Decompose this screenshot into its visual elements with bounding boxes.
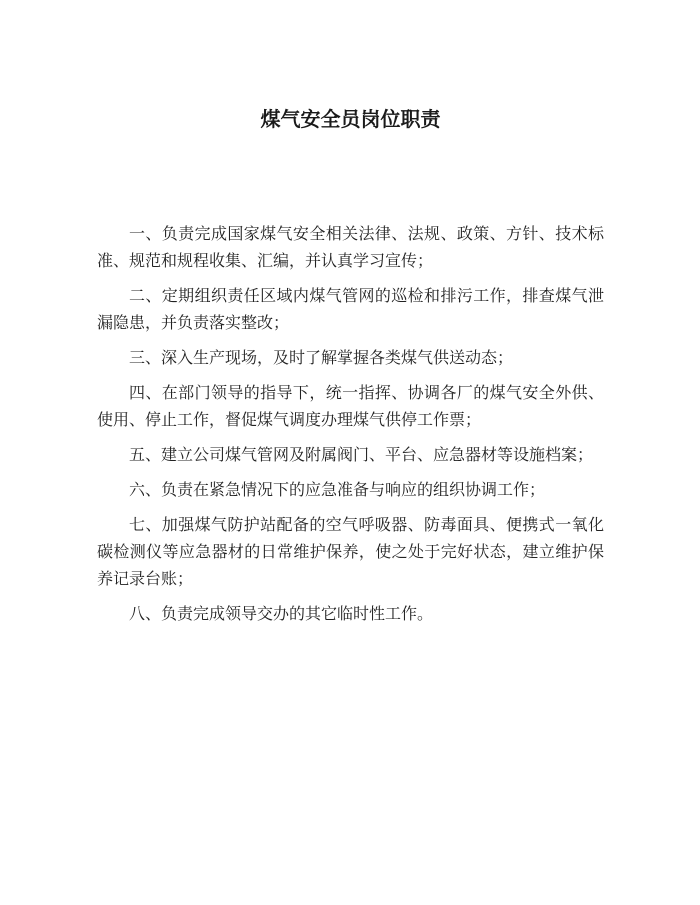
paragraph-4: 四、在部门领导的指导下，统一指挥、协调各厂的煤气安全外供、使用、停止工作，督促煤… (97, 380, 604, 434)
paragraph-8: 八、负责完成领导交办的其它临时性工作。 (97, 601, 604, 628)
paragraph-1: 一、负责完成国家煤气安全相关法律、法规、政策、方针、技术标准、规范和规程收集、汇… (97, 221, 604, 275)
document-page: 煤气安全员岗位职责 一、负责完成国家煤气安全相关法律、法规、政策、方针、技术标准… (0, 0, 700, 905)
page-title: 煤气安全员岗位职责 (97, 105, 604, 135)
paragraph-7: 七、加强煤气防护站配备的空气呼吸器、防毒面具、便携式一氧化碳检测仪等应急器材的日… (97, 512, 604, 593)
paragraph-3: 三、深入生产现场，及时了解掌握各类煤气供送动态； (97, 345, 604, 372)
paragraph-2: 二、定期组织责任区域内煤气管网的巡检和排污工作，排查煤气泄漏隐患，并负责落实整改… (97, 283, 604, 337)
document-body: 一、负责完成国家煤气安全相关法律、法规、政策、方针、技术标准、规范和规程收集、汇… (97, 221, 604, 628)
paragraph-6: 六、负责在紧急情况下的应急准备与响应的组织协调工作； (97, 477, 604, 504)
paragraph-5: 五、建立公司煤气管网及附属阀门、平台、应急器材等设施档案； (97, 442, 604, 469)
